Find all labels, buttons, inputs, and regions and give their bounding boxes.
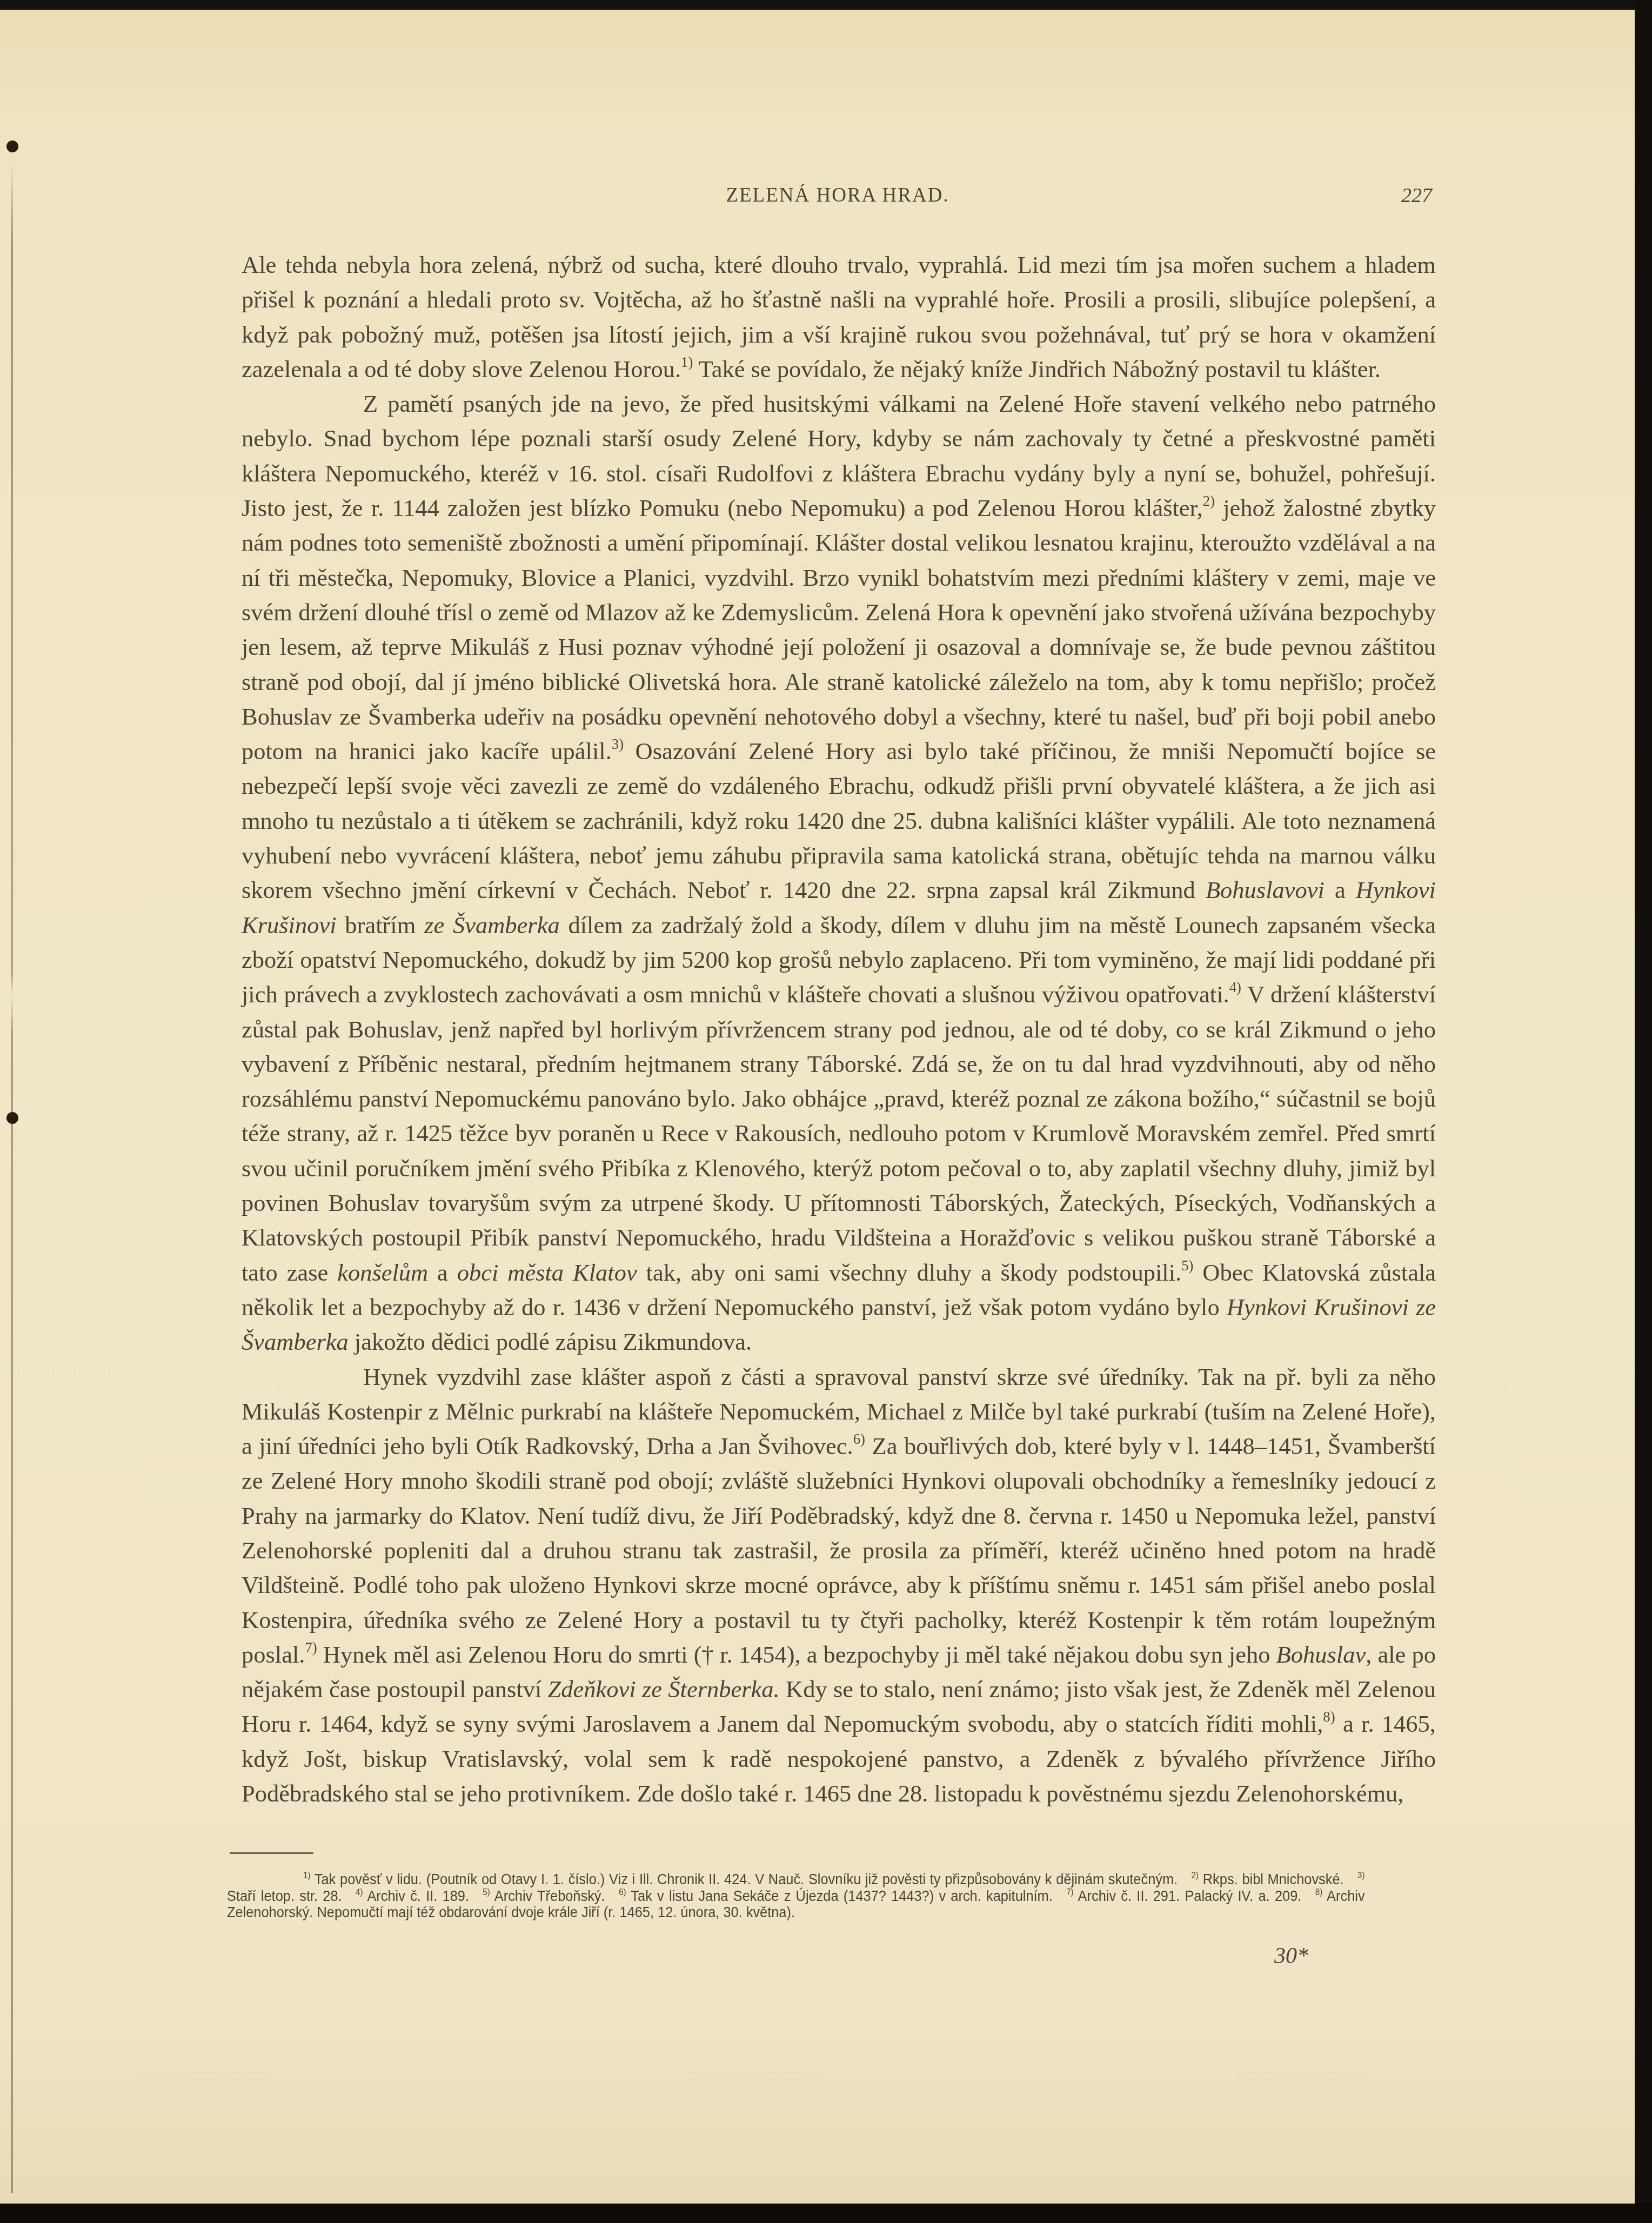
text-run: jakožto dědici podlé zápisu Zikmundova.: [349, 1328, 752, 1355]
text-run: tak, aby oni sami všechny dluhy a škody …: [637, 1259, 1181, 1286]
footnote-ref[interactable]: 1): [681, 354, 693, 370]
text-run: bratřím: [337, 912, 425, 939]
italic-name: Bohuslav: [1276, 1641, 1366, 1668]
book-page: ZELENÁ HORA HRAD. 227 Ale tehda nebyla h…: [0, 10, 1635, 2204]
binding-stitch-mark: [6, 140, 18, 152]
footnote-text: Rkps. bibl Mnichovské.: [1199, 1871, 1357, 1887]
italic-name: Bohuslavovi: [1206, 876, 1325, 903]
italic-name: ze Švamberka: [424, 912, 560, 939]
text-run: a: [1325, 876, 1356, 903]
scan-border-top: [0, 0, 1652, 11]
binding-stitch-mark: [6, 1112, 18, 1124]
scan-border-bottom: [0, 2204, 1652, 2223]
running-head: ZELENÁ HORA HRAD. 227: [216, 184, 1459, 216]
footnote-text: Archiv č. II. 189.: [363, 1888, 483, 1904]
footnote-ref[interactable]: 6): [853, 1431, 865, 1447]
signature-mark: 30*: [1274, 1943, 1308, 1969]
text-run: Hynek měl asi Zelenou Horu do smrti († r…: [317, 1641, 1276, 1668]
text-run: V držení klášterství zůstal pak Bohuslav…: [242, 981, 1436, 1285]
footnote-ref[interactable]: 8): [1323, 1709, 1335, 1725]
page-number: 227: [1401, 184, 1432, 207]
scan-border-right: [1635, 0, 1652, 2223]
footnote-text: Archiv č. II. 291. Palacký IV. a. 209.: [1074, 1888, 1315, 1904]
text-run: Za bouřlivých dob, které byly v l. 1448–…: [242, 1432, 1436, 1668]
footnote-marker: 2): [1192, 1871, 1199, 1880]
footnotes: 1) Tak pověsť v lidu. (Poutník od Otavy …: [227, 1871, 1365, 1921]
italic-name: konšelům: [337, 1259, 428, 1286]
body-text: Ale tehda nebyla hora zelená, nýbrž od s…: [242, 247, 1436, 1811]
footnote-text: Tak v listu Jana Sekáče z Újezda (1437? …: [626, 1888, 1067, 1904]
footnote-text: Archiv Třeboňský.: [490, 1888, 619, 1904]
footnote-marker: 4): [356, 1887, 363, 1897]
footnote-marker: 5): [483, 1887, 490, 1897]
footnote-ref[interactable]: 3): [612, 736, 624, 752]
paragraph: Z pamětí psaných jde na jevo, že před hu…: [242, 386, 1436, 1359]
running-head-title: ZELENÁ HORA HRAD.: [216, 184, 1459, 207]
paragraph: Ale tehda nebyla hora zelená, nýbrž od s…: [242, 247, 1436, 386]
italic-name: Zdeňkovi ze Šternberka.: [548, 1676, 780, 1703]
footnote-marker: 6): [619, 1887, 626, 1897]
text-run: Také se povídalo, že nějaký kníže Jindři…: [693, 356, 1381, 383]
binding-edge: [11, 161, 13, 2193]
footnote-marker: 1): [303, 1871, 311, 1880]
footnote-marker: 7): [1066, 1887, 1074, 1897]
text-run: jehož žalostné zbytky nám podnes toto se…: [242, 494, 1436, 765]
footnote-rule: [230, 1852, 313, 1854]
footnote-marker: 8): [1315, 1887, 1323, 1897]
footnote-ref[interactable]: 4): [1229, 980, 1241, 996]
paragraph: Hynek vyzdvihl zase klášter aspoň z část…: [242, 1360, 1436, 1811]
footnote-ref[interactable]: 5): [1181, 1257, 1193, 1274]
footnote-marker: 3): [1357, 1871, 1365, 1880]
footnote-text: Staří letop. str. 28.: [227, 1888, 356, 1904]
italic-name: obci města Klatov: [457, 1259, 637, 1286]
text-run: a: [428, 1259, 457, 1286]
footnote-text: Tak pověsť v lidu. (Poutník od Otavy I. …: [311, 1871, 1192, 1887]
footnote-ref[interactable]: 2): [1203, 493, 1215, 509]
footnote-ref[interactable]: 7): [305, 1639, 317, 1656]
